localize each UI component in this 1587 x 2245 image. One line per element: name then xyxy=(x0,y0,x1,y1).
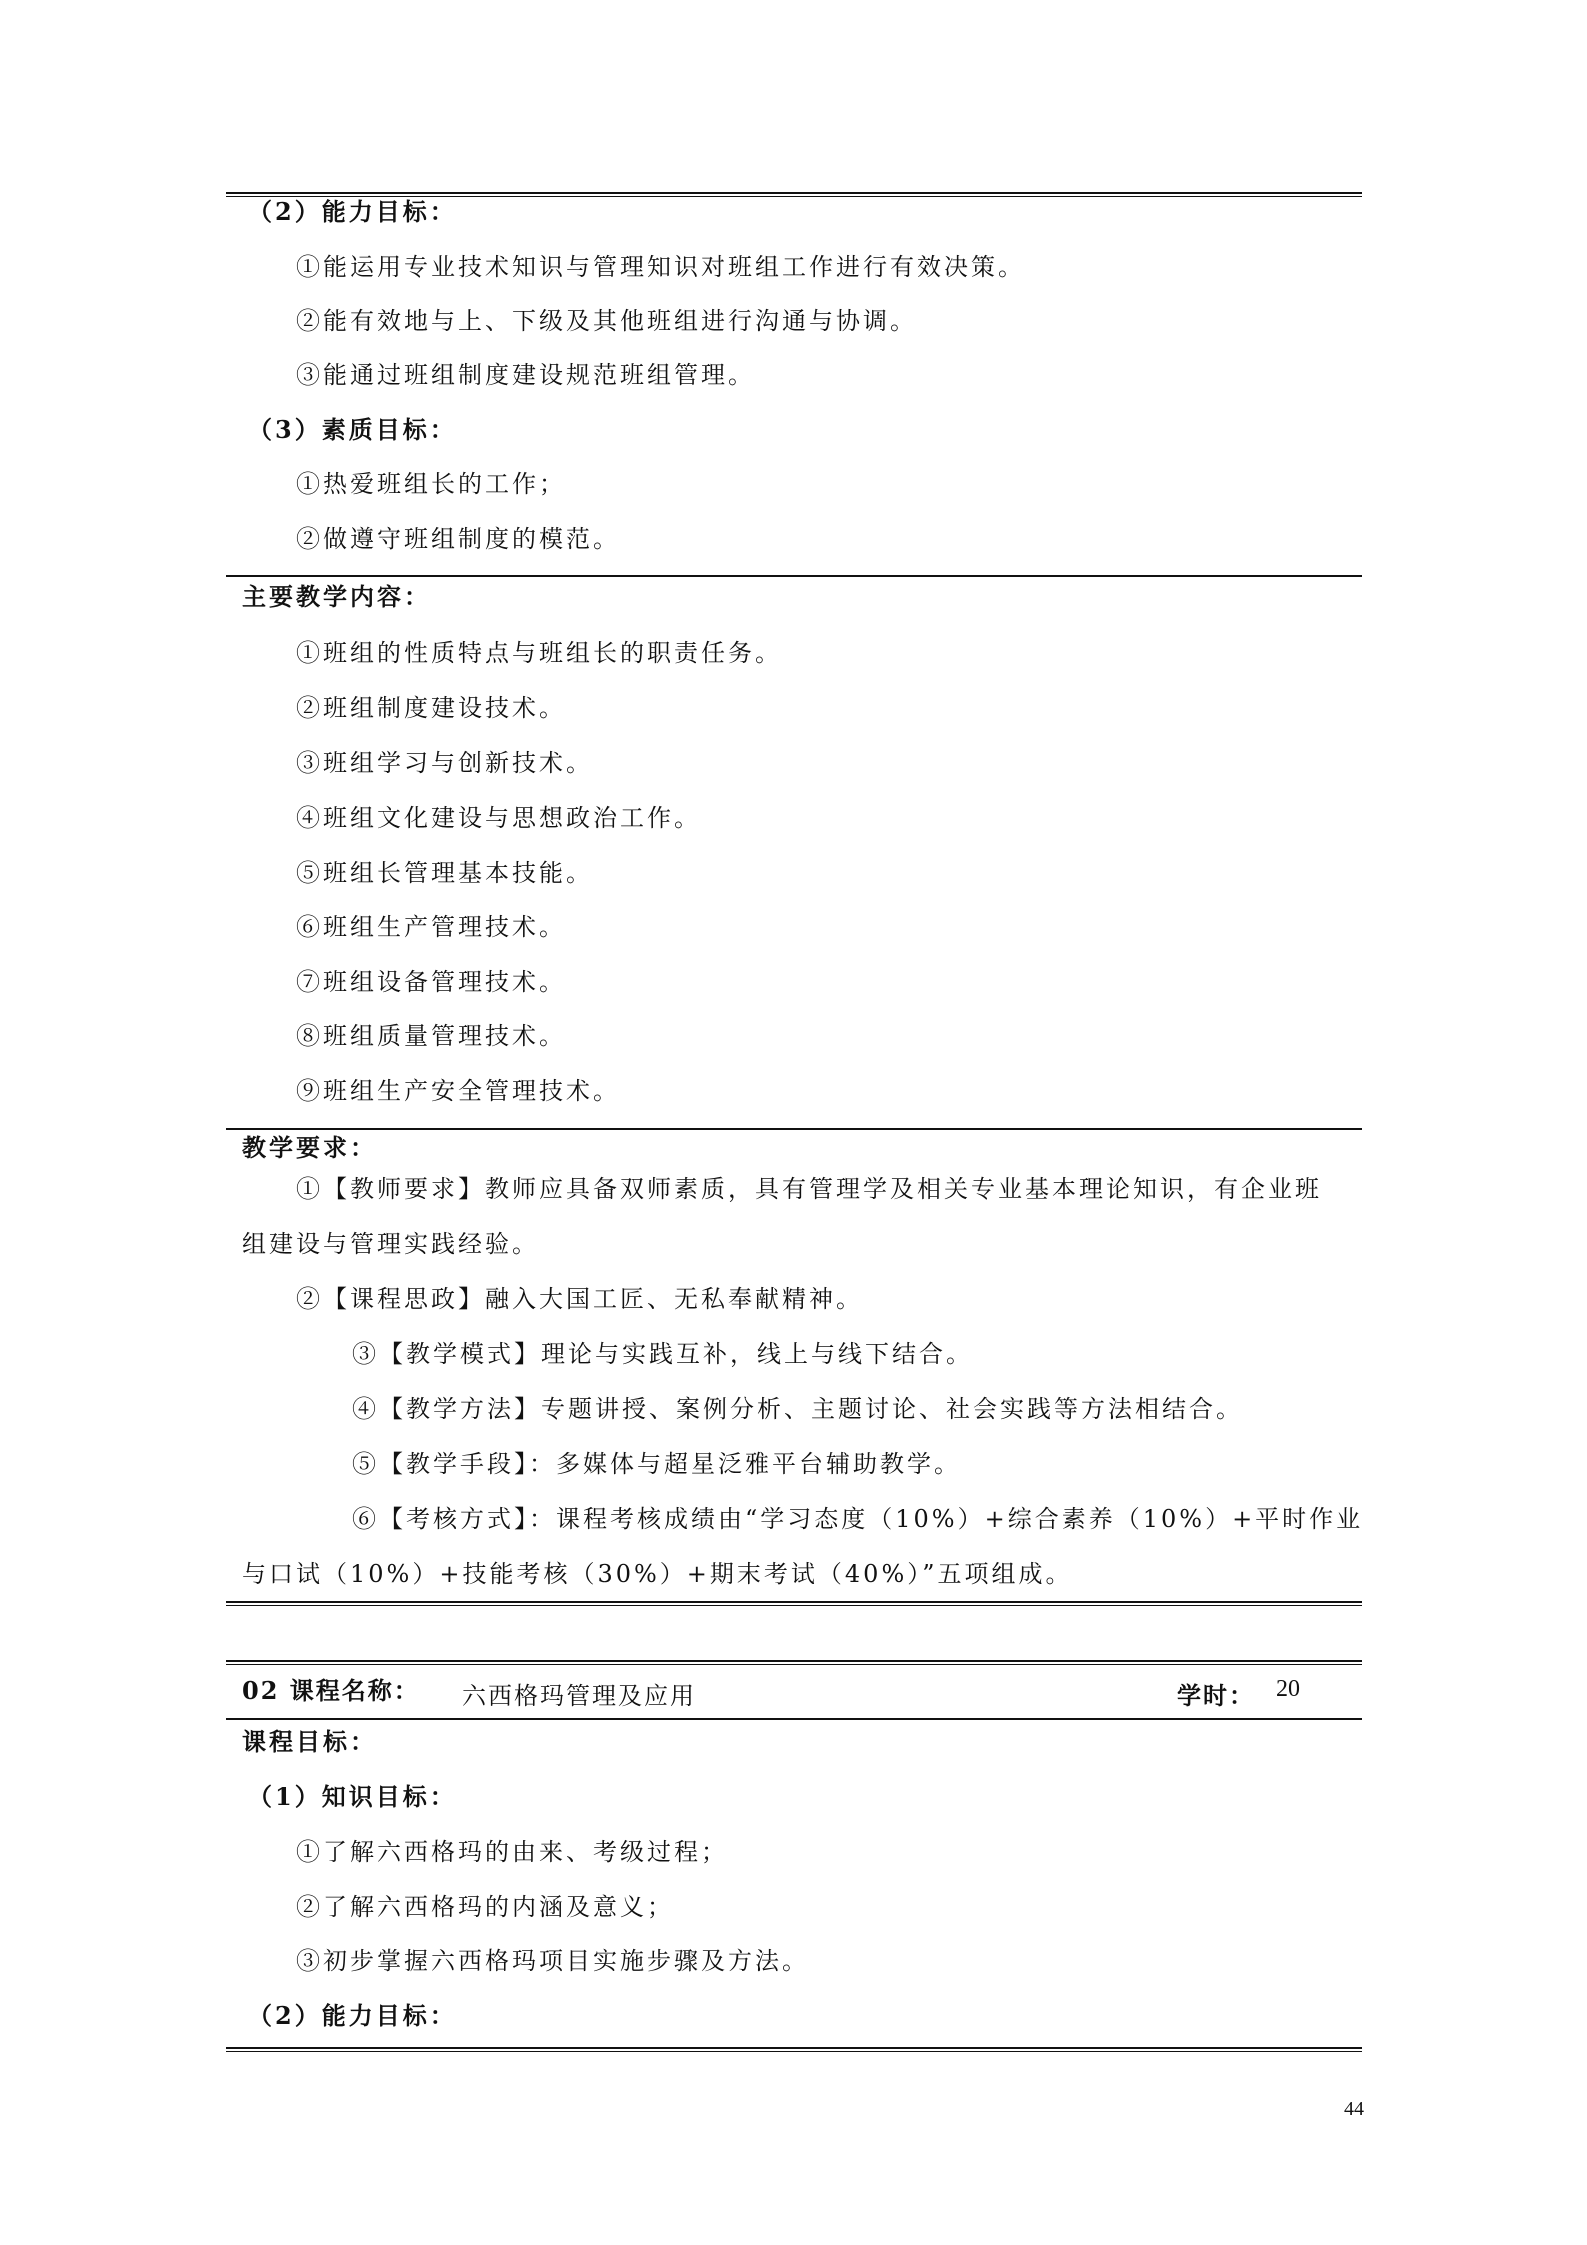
content-item-7: ⑦班组设备管理技术。 xyxy=(296,967,566,997)
content-item-5: ⑤班组长管理基本技能。 xyxy=(296,858,593,888)
divider xyxy=(226,575,1362,577)
knowledge-item-1: ①了解六西格玛的由来、考级过程； xyxy=(296,1837,728,1867)
divider xyxy=(226,1128,1362,1130)
ability-item-1: ①能运用专业技术知识与管理知识对班组工作进行有效决策。 xyxy=(296,252,1025,282)
requirement-means: ⑤【教学手段】：多媒体与超星泛雅平台辅助教学。 xyxy=(352,1449,961,1479)
quality-goals-heading: （3）素质目标： xyxy=(248,415,457,445)
course-hours-label: 学时： xyxy=(1177,1676,1255,1711)
course-name: 六西格玛管理及应用 xyxy=(462,1676,696,1711)
content-item-8: ⑧班组质量管理技术。 xyxy=(296,1021,566,1051)
course-hours-value: 20 xyxy=(1276,1676,1300,1703)
requirement-mode: ③【教学模式】理论与实践互补，线上与线下结合。 xyxy=(352,1339,973,1369)
course-goals-heading: 课程目标： xyxy=(242,1727,377,1757)
content-item-1: ①班组的性质特点与班组长的职责任务。 xyxy=(296,638,782,668)
table-border-bottom xyxy=(226,1601,1362,1606)
requirement-assessment-cont: 与口试（10%）+技能考核（30%）+期末考试（40%）”五项组成。 xyxy=(242,1559,1073,1589)
ability-goals-heading: （2）能力目标： xyxy=(248,197,457,227)
requirement-method: ④【教学方法】专题讲授、案例分析、主题讨论、社会实践等方法相结合。 xyxy=(352,1394,1243,1424)
quality-item-2: ②做遵守班组制度的模范。 xyxy=(296,524,620,554)
ability-goals-heading: （2）能力目标： xyxy=(248,2001,457,2031)
quality-item-1: ①热爱班组长的工作； xyxy=(296,469,566,499)
content-item-6: ⑥班组生产管理技术。 xyxy=(296,912,566,942)
knowledge-goals-heading: （1）知识目标： xyxy=(248,1782,457,1812)
teaching-requirements-heading: 教学要求： xyxy=(242,1133,377,1163)
ability-item-3: ③能通过班组制度建设规范班组管理。 xyxy=(296,360,755,390)
content-item-3: ③班组学习与创新技术。 xyxy=(296,748,593,778)
requirement-teacher: ①【教师要求】教师应具备双师素质，具有管理学及相关专业基本理论知识，有企业班 xyxy=(296,1174,1322,1204)
table-border-bottom xyxy=(226,2047,1362,2052)
requirement-teacher-cont: 组建设与管理实践经验。 xyxy=(242,1229,539,1259)
knowledge-item-3: ③初步掌握六西格玛项目实施步骤及方法。 xyxy=(296,1946,809,1976)
requirement-ideology: ②【课程思政】融入大国工匠、无私奉献精神。 xyxy=(296,1284,863,1314)
divider xyxy=(226,1718,1362,1720)
requirement-assessment: ⑥【考核方式】：课程考核成绩由“学习态度（10%）+综合素养（10%）+平时作业 xyxy=(352,1504,1363,1534)
document-page: （2）能力目标： ①能运用专业技术知识与管理知识对班组工作进行有效决策。 ②能有… xyxy=(0,0,1587,2245)
page-number: 44 xyxy=(1344,2098,1364,2121)
course-number-label: 02 课程名称： xyxy=(242,1676,420,1706)
content-item-9: ⑨班组生产安全管理技术。 xyxy=(296,1076,620,1106)
ability-item-2: ②能有效地与上、下级及其他班组进行沟通与协调。 xyxy=(296,306,917,336)
knowledge-item-2: ②了解六西格玛的内涵及意义； xyxy=(296,1892,674,1922)
content-item-2: ②班组制度建设技术。 xyxy=(296,693,566,723)
table-border-top xyxy=(226,1660,1362,1665)
content-item-4: ④班组文化建设与思想政治工作。 xyxy=(296,803,701,833)
teaching-content-heading: 主要教学内容： xyxy=(242,582,431,612)
